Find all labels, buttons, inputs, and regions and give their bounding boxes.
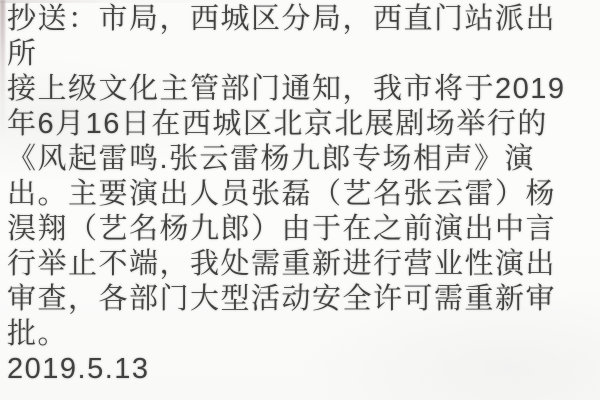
notice-line-body-6: 行举止不端，我处需重新进行营业性演出 [7, 247, 593, 282]
notice-line-body-7: 审查，各部门大型活动安全许可需重新审 [7, 282, 593, 317]
notice-line-body-3: 《风起雷鸣.张云雷杨九郎专场相声》演 [7, 142, 593, 177]
notice-line-body-1: 接上级文化主管部门通知，我市将于2019 [7, 72, 593, 107]
photo-left-edge-shadow [0, 0, 5, 140]
notice-text-block: 抄送：市局，西城区分局，西直门站派出 所 接上级文化主管部门通知，我市将于201… [7, 2, 593, 387]
notice-line-cc-2: 所 [7, 37, 593, 72]
notice-line-body-4: 出。主要演出人员张磊（艺名张云雷）杨 [7, 177, 593, 212]
notice-line-cc-1: 抄送：市局，西城区分局，西直门站派出 [7, 2, 593, 37]
notice-line-body-5: 淏翔（艺名杨九郎）由于在之前演出中言 [7, 212, 593, 247]
notice-line-date: 2019.5.13 [7, 352, 593, 387]
notice-line-body-2: 年6月16日在西城区北京北展剧场举行的 [7, 107, 593, 142]
notice-line-body-8: 批。 [7, 317, 593, 352]
notice-photo: 抄送：市局，西城区分局，西直门站派出 所 接上级文化主管部门通知，我市将于201… [0, 0, 600, 400]
